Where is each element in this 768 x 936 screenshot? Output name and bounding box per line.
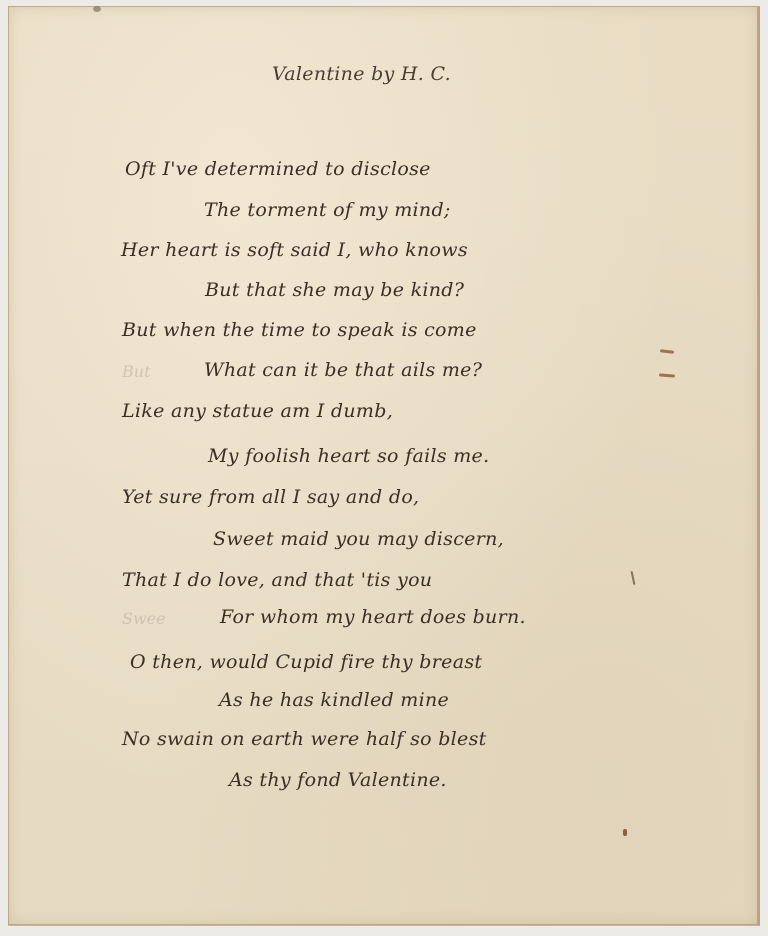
poem-line-5: But when the time to speak is come bbox=[122, 319, 477, 341]
poem-line-14: As he has kindled mine bbox=[219, 689, 449, 711]
poem-line-1: Oft I've determined to disclose bbox=[125, 158, 431, 180]
ink-stain-mark bbox=[660, 349, 674, 353]
poem-line-15: No swain on earth were half so blest bbox=[122, 728, 487, 750]
ink-stain-mark bbox=[659, 373, 675, 377]
poem-line-9: Yet sure from all I say and do, bbox=[122, 486, 419, 508]
poem-line-12: For whom my heart does burn. bbox=[220, 606, 526, 628]
poem-line-6: What can it be that ails me? bbox=[204, 359, 482, 381]
poem-line-11: That I do love, and that 'tis you bbox=[122, 569, 432, 591]
poem-line-16: As thy fond Valentine. bbox=[229, 769, 447, 791]
faded-offset-mark: But bbox=[122, 362, 151, 381]
poem-line-3: Her heart is soft said I, who knows bbox=[121, 239, 468, 261]
poem-line-10: Sweet maid you may discern, bbox=[213, 528, 504, 550]
poem-line-2: The torment of my mind; bbox=[204, 199, 451, 221]
ink-stain-mark bbox=[623, 829, 627, 836]
manuscript-page: Valentine by H. C. Oft I've determined t… bbox=[8, 6, 760, 926]
faded-offset-mark: Swee bbox=[122, 609, 166, 628]
ink-stain-mark bbox=[631, 571, 636, 585]
poem-line-4: But that she may be kind? bbox=[205, 279, 464, 301]
edge-stain-mark bbox=[93, 6, 101, 12]
poem-title: Valentine by H. C. bbox=[272, 63, 451, 85]
poem-line-13: O then, would Cupid fire thy breast bbox=[130, 651, 482, 673]
poem-line-7: Like any statue am I dumb, bbox=[122, 400, 393, 422]
poem-line-8: My foolish heart so fails me. bbox=[208, 445, 489, 467]
